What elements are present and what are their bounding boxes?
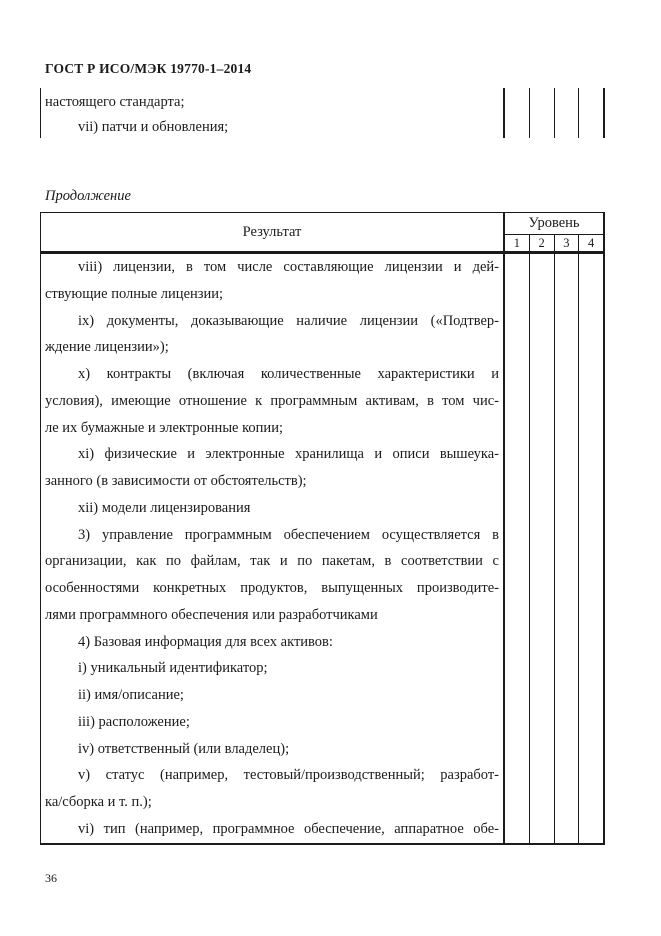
text-line: организации, как по файлам, так и по пак… <box>45 548 499 575</box>
level-4-cell <box>578 88 603 138</box>
level-columns-body <box>503 254 603 843</box>
level-number-row: 1 2 3 4 <box>505 235 603 251</box>
level-header-section: Уровень 1 2 3 4 <box>503 213 603 251</box>
level-1-cell <box>505 88 529 138</box>
result-column-header: Результат <box>41 213 503 251</box>
text-line: занного (в зависимости от обстоятельств)… <box>45 468 499 495</box>
level-1-cell <box>505 254 529 843</box>
text-line: iv) ответственный (или владелец); <box>45 736 499 763</box>
standard-header: ГОСТ Р ИСО/МЭК 19770-1–2014 <box>45 61 251 77</box>
text-line: v) статус (например, тестовый/производст… <box>45 762 499 789</box>
text-line: особенностями конкретных продуктов, выпу… <box>45 575 499 602</box>
table-fragment-previous-page: настоящего стандарта;vii) патчи и обновл… <box>40 88 605 138</box>
level-3-cell <box>554 254 579 843</box>
text-line: ствующие полные лицензии; <box>45 281 499 308</box>
level-2-header: 2 <box>529 235 554 251</box>
text-line: 4) Базовая информация для всех активов: <box>45 629 499 656</box>
level-4-header: 4 <box>578 235 603 251</box>
text-line: ка/сборка и т. п.); <box>45 789 499 816</box>
text-line: vii) патчи и обновления; <box>45 115 499 139</box>
text-line: ii) имя/описание; <box>45 682 499 709</box>
text-line: условия), имеющие отношение к программны… <box>45 388 499 415</box>
level-header: Уровень <box>505 213 603 235</box>
text-line: i) уникальный идентификатор; <box>45 655 499 682</box>
level-3-header: 3 <box>554 235 579 251</box>
text-line: x) контракты (включая количественные хар… <box>45 361 499 388</box>
result-cell-text: viii) лицензии, в том числе составляющие… <box>41 254 503 843</box>
text-line: xii) модели лицензирования <box>45 495 499 522</box>
text-line: настоящего стандарта; <box>45 90 499 115</box>
document-page: ГОСТ Р ИСО/МЭК 19770-1–2014 настоящего с… <box>0 0 661 936</box>
text-line: ле их бумажные и электронные копии; <box>45 415 499 442</box>
table-fragment-text: настоящего стандарта;vii) патчи и обновл… <box>41 88 503 138</box>
page-number: 36 <box>45 871 57 886</box>
table-body-row: viii) лицензии, в том числе составляющие… <box>41 254 603 843</box>
text-line: xi) физические и электронные хранилища и… <box>45 441 499 468</box>
results-table: Результат Уровень 1 2 3 4 viii) лицензии… <box>40 212 605 845</box>
level-4-cell <box>578 254 603 843</box>
level-2-cell <box>529 88 554 138</box>
table-header-row: Результат Уровень 1 2 3 4 <box>41 213 603 254</box>
text-line: iii) расположение; <box>45 709 499 736</box>
level-3-cell <box>554 88 579 138</box>
text-line: ix) документы, доказывающие наличие лице… <box>45 308 499 335</box>
text-line: vi) тип (например, программное обеспечен… <box>45 816 499 843</box>
text-line: viii) лицензии, в том числе составляющие… <box>45 254 499 281</box>
level-1-header: 1 <box>505 235 529 251</box>
text-line: лями программного обеспечения или разраб… <box>45 602 499 629</box>
text-line: ждение лицензии»); <box>45 334 499 361</box>
level-columns-fragment <box>503 88 603 138</box>
text-line: 3) управление программным обеспечением о… <box>45 522 499 549</box>
continuation-label: Продолжение <box>45 188 131 205</box>
level-2-cell <box>529 254 554 843</box>
